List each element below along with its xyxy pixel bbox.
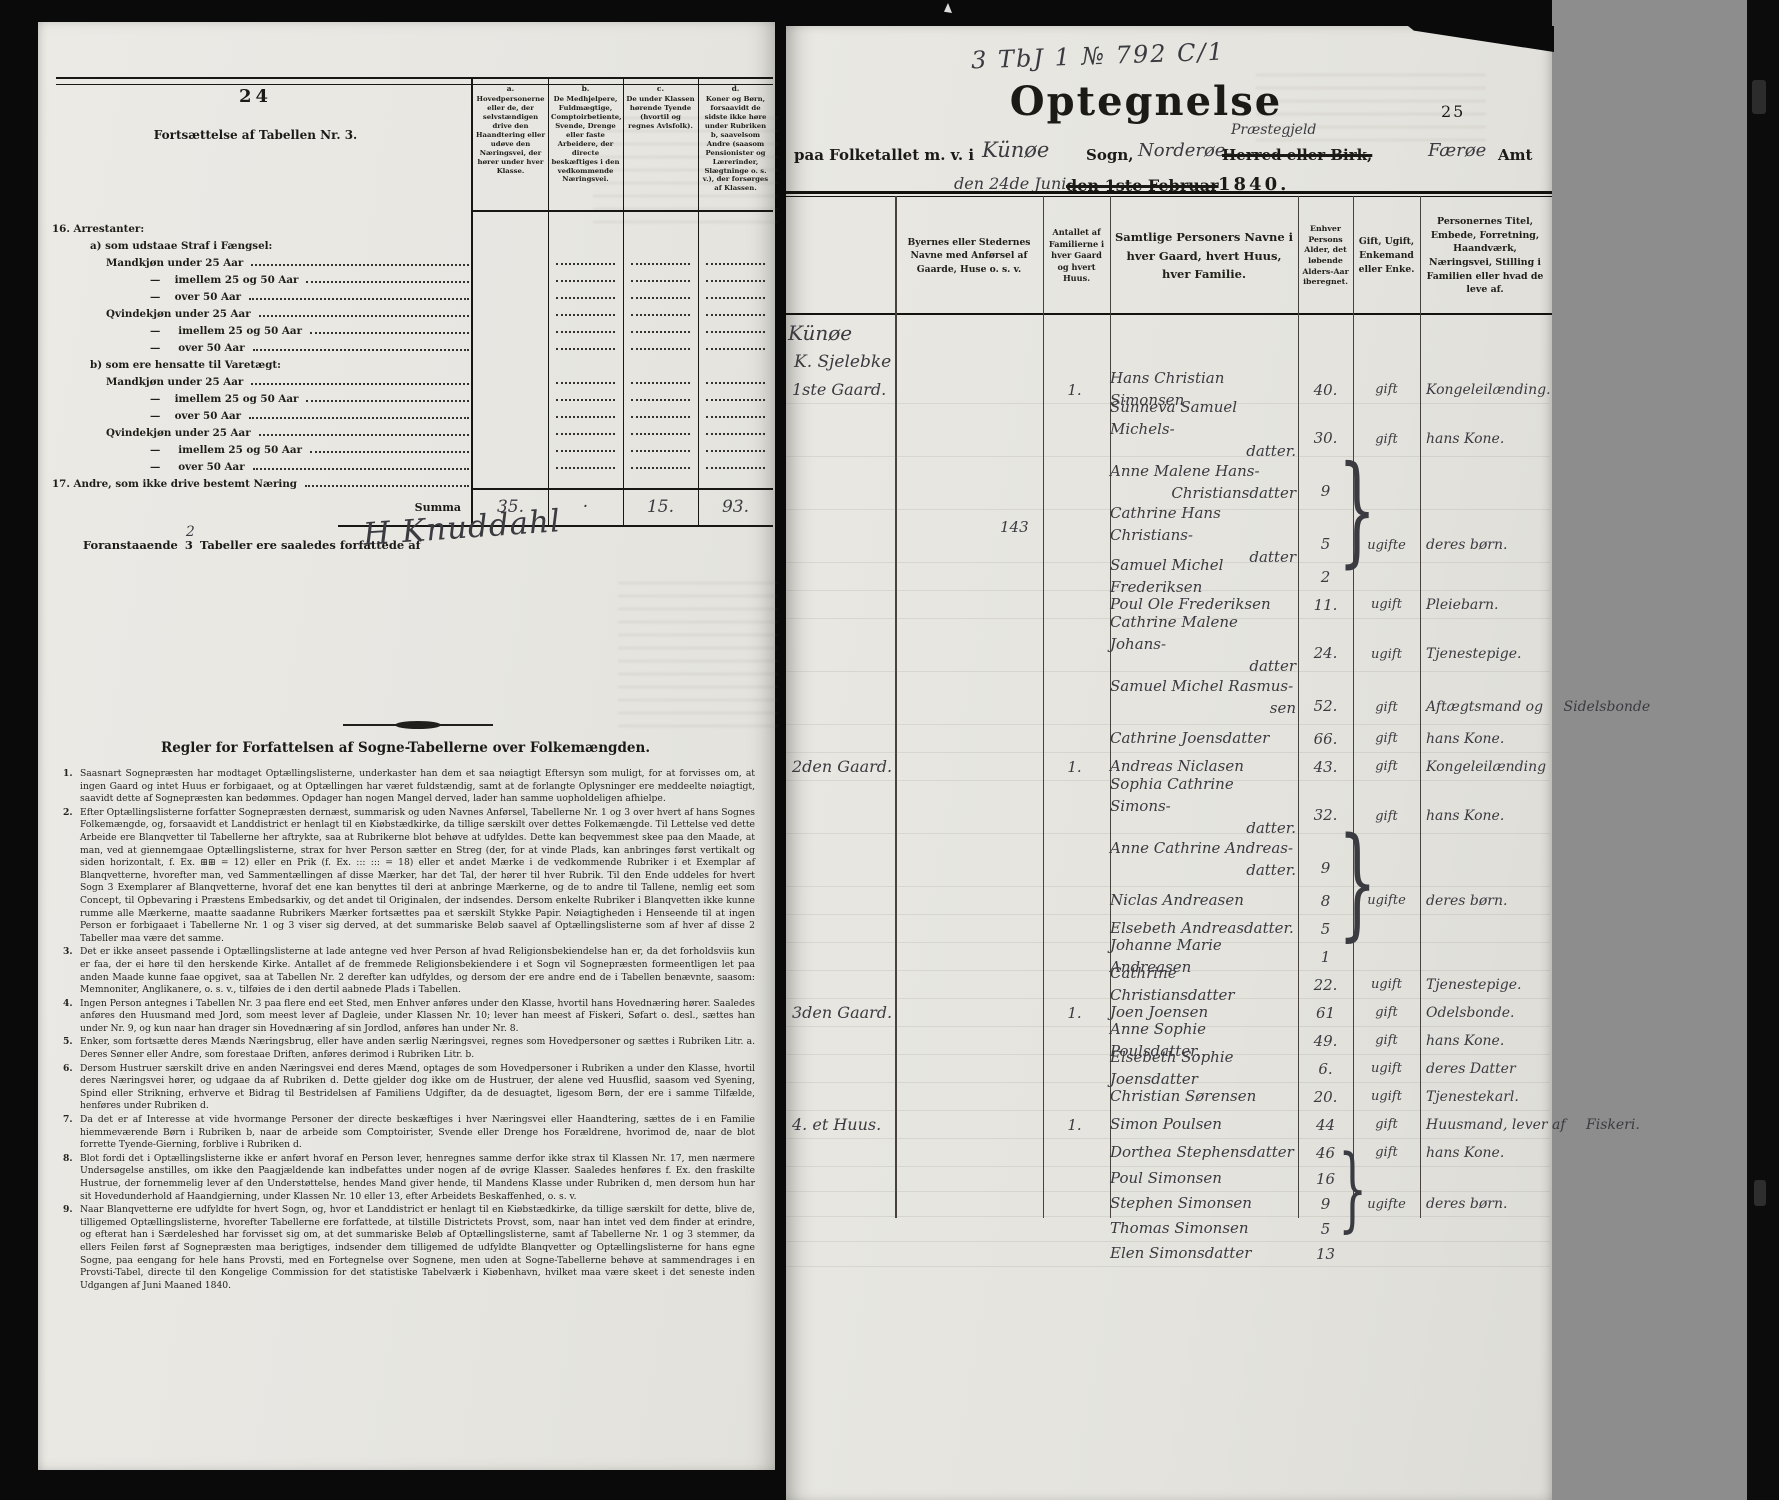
table-row: Sophia Cathrine Simons- datter. 32. gift…: [786, 781, 1550, 834]
age-cell: 11.: [1298, 596, 1353, 614]
place-cell: 2den Gaard.: [786, 757, 1039, 776]
name-cell: Thomas Simonsen: [1110, 1217, 1298, 1241]
families-cell: 1.: [1039, 1004, 1110, 1022]
occupation-text: deres børn.: [1426, 1196, 1507, 1212]
table-border: [471, 210, 773, 212]
age-cell: 61: [1298, 1004, 1353, 1022]
row-label: Mandkjøn under 25 Aar: [38, 257, 243, 269]
summa-value-c: 15.: [623, 497, 698, 517]
left-page: 24 Fortsættelse af Tabellen Nr. 3. a. Ho…: [38, 22, 775, 1470]
scan-artifact: [1752, 80, 1766, 114]
occupation-text: Kongeleilænding.: [1426, 382, 1551, 398]
marital-status-cell: gift: [1353, 700, 1420, 724]
occupation-cell: Tjenestepige.: [1420, 977, 1550, 993]
table-row: Qvindekjøn under 25 Aar: [38, 422, 773, 439]
row-label: 16. Arrestanter:: [38, 223, 144, 235]
age-cell: 40.: [1298, 381, 1353, 399]
grouping-brace: }: [1338, 444, 1376, 578]
praestegjeld-handwritten: Præstegjeld: [1231, 122, 1316, 138]
table-border: [786, 313, 1552, 315]
column-header-c: c. De under Klassen hørende Tyende (hvor…: [623, 79, 698, 210]
rule-paragraph: 4. Ingen Person antegnes i Tabellen Nr. …: [63, 998, 755, 1036]
dotted-leader: [310, 451, 469, 453]
occupation-cell: [1420, 921, 1550, 937]
page-number: 24: [38, 86, 473, 107]
occupation-text: Tjenestepige.: [1426, 977, 1522, 993]
right-page: 3 TbJ 1 № 792 C/1 Optegnelse 25 paa Folk…: [786, 26, 1552, 1500]
table-row: Christian Sørensen 20. ugift Tjenestekar…: [786, 1083, 1550, 1111]
age-cell: 43.: [1298, 758, 1353, 776]
occupation-text: deres børn.: [1426, 537, 1507, 553]
table-row: Künøe: [786, 318, 1550, 348]
rules-paragraphs: 1. Saasnart Sognepræsten har modtaget Op…: [63, 768, 755, 1293]
dotted-leader: [259, 315, 469, 317]
paragraph-text: Blot fordi det i Optællingslisterne ikke…: [80, 1153, 755, 1202]
table-title: Fortsættelse af Tabellen Nr. 3.: [38, 128, 473, 142]
column-header-text: Hovedpersonerne eller de, der selvstændi…: [476, 95, 545, 175]
grouping-brace: }: [1338, 814, 1377, 950]
column-header-age: Enhver Persons Alder, det løbende Alders…: [1298, 200, 1353, 312]
paragraph-number: 7.: [63, 1114, 73, 1127]
occupation-text: Tjenestekarl.: [1426, 1089, 1519, 1105]
paragraph-text: Enker, som fortsætte deres Mænds Nærings…: [80, 1036, 755, 1060]
name-cell: Anne Malene Hans- Christiansdatter: [1110, 457, 1298, 509]
table-row: 17. Andre, som ikke drive bestemt Næring: [38, 473, 773, 490]
table-row: Dorthea Stephensdatter 46 gift hans Kone…: [786, 1139, 1550, 1167]
subtitle-struck: Herred eller Birk,: [1222, 146, 1372, 164]
age-cell: 20.: [1298, 1088, 1353, 1106]
dotted-leader: [259, 434, 469, 436]
occupation-cell: hans Kone.: [1420, 431, 1550, 456]
dotted-leader: [253, 468, 469, 470]
dotted-leader: [251, 383, 469, 385]
table-row: — over 50 Aar: [38, 405, 773, 422]
paragraph-number: 6.: [63, 1063, 73, 1076]
families-cell: 1.: [1039, 381, 1110, 399]
dotted-leader: [306, 400, 469, 402]
paragraph-text: Det er ikke anseet passende i Optællings…: [80, 946, 755, 995]
scan-artifact: [1754, 1180, 1766, 1206]
name-line1: Christian Sørensen: [1110, 1086, 1298, 1108]
name-line1: Sophia Cathrine Simons-: [1110, 774, 1298, 818]
table-row: Cathrine Joensdatter 66. gift hans Kone.: [786, 725, 1550, 753]
paragraph-number: 5.: [63, 1036, 73, 1049]
row-label: Qvindekjøn under 25 Aar: [38, 427, 251, 439]
column-header-families: Antallet af Familierne i hver Gaard og h…: [1043, 200, 1110, 312]
paragraph-text: Ingen Person antegnes i Tabellen Nr. 3 p…: [80, 998, 755, 1034]
scanner-background: [1552, 0, 1779, 1500]
name-line1: Niclas Andreasen: [1110, 890, 1298, 912]
occupation-cell: hans Kone.: [1420, 1033, 1550, 1049]
row-label: — imellem 25 og 50 Aar: [38, 325, 302, 337]
marital-status-cell: ugift: [1353, 1061, 1420, 1076]
table-row: — imellem 25 og 50 Aar: [38, 388, 773, 405]
occupation-cell: [1420, 1221, 1550, 1237]
age-cell: 66.: [1298, 730, 1353, 748]
dotted-leader: [305, 485, 469, 487]
column-header-text: De under Klassen hørende Tyende (hvortil…: [626, 95, 694, 130]
table-row: Sünneva Samuel Michels- datter. 30. gift…: [786, 404, 1550, 457]
archive-annotation: 3 TbJ 1 № 792 C/1: [971, 38, 1226, 75]
name-line1: Thomas Simonsen: [1110, 1218, 1298, 1240]
occupation-text-overflow: Fiskeri.: [1586, 1117, 1640, 1133]
paragraph-number: 9.: [63, 1204, 73, 1217]
occupation-text: deres børn.: [1426, 893, 1507, 909]
census-table-header: Byernes eller Stedernes Navne med Anførs…: [895, 200, 1550, 312]
rules-heading: Regler for Forfattelsen af Sogne-Tabelle…: [38, 740, 773, 756]
paragraph-text: Naar Blanqvetterne ere udfyldte for hver…: [80, 1204, 755, 1291]
row-label: — over 50 Aar: [38, 342, 245, 354]
table-row: b) som ere hensatte til Varetægt:: [38, 354, 773, 371]
table-row: Anne Cathrine Andreas- datter. 9: [786, 834, 1550, 887]
name-line1: Cathrine Joensdatter: [1110, 728, 1298, 750]
place-cell: Künøe: [786, 321, 1039, 345]
grouping-brace: }: [1338, 1138, 1367, 1240]
name-line1: Anne Cathrine Andreas-: [1110, 838, 1298, 860]
place-cell: K. Sjelebke: [786, 352, 1039, 372]
summa-value-d: 93.: [698, 497, 773, 517]
table-row: Stephen Simonsen 9 ugifte deres børn.: [786, 1192, 1550, 1217]
table-row: Mandkjøn under 25 Aar: [38, 371, 773, 388]
subtitle-amt: Amt: [1498, 146, 1532, 164]
subtitle-sogn: Sogn,: [1086, 146, 1133, 164]
marital-status-cell: ugift: [1353, 977, 1420, 992]
occupation-cell: deres børn.: [1420, 893, 1550, 909]
handwritten-correction: 2: [186, 524, 195, 540]
occupation-text: Tjenestepige.: [1426, 646, 1522, 662]
table-row: Poul Simonsen 16: [786, 1167, 1550, 1192]
occupation-text: hans Kone.: [1426, 1033, 1504, 1049]
row-label: Mandkjøn under 25 Aar: [38, 376, 243, 388]
occupation-cell: deres Datter: [1420, 1061, 1550, 1077]
column-header-b: b. De Medhjelpere, Fuldmægtige, Comptoir…: [548, 79, 623, 210]
rule-paragraph: 9. Naar Blanqvetterne ere udfyldte for h…: [63, 1204, 755, 1292]
occupation-cell: Pleiebarn.: [1420, 597, 1550, 613]
occupation-text: hans Kone.: [1426, 431, 1504, 447]
occupation-cell: Aftægtsmand og Sidelsbonde: [1420, 699, 1650, 724]
age-cell: 22.: [1298, 976, 1353, 994]
age-cell: 24.: [1298, 644, 1353, 671]
name-cell: Sophia Cathrine Simons- datter.: [1110, 781, 1298, 833]
occupation-cell: [1420, 1246, 1550, 1262]
paragraph-number: 2.: [63, 807, 73, 820]
rule-paragraph: 5. Enker, som fortsætte deres Mænds Næri…: [63, 1036, 755, 1061]
row-label: b) som ere hensatte til Varetægt:: [38, 359, 281, 371]
rule-paragraph: 6. Dersom Hustruer særskilt drive en and…: [63, 1063, 755, 1113]
name-cell: Dorthea Stephensdatter: [1110, 1139, 1298, 1166]
dotted-leader: [306, 281, 469, 283]
rule-paragraph: 3. Det er ikke anseet passende i Optælli…: [63, 946, 755, 996]
occupation-text: Huusmand, lever af: [1426, 1117, 1566, 1133]
marital-status-cell: gift: [1353, 731, 1420, 746]
name-cell: Elsebeth Sophie Joensdatter: [1110, 1055, 1298, 1082]
name-line1: Poul Simonsen: [1110, 1168, 1298, 1190]
marital-status-cell: gift: [1353, 759, 1420, 774]
age-cell: 6.: [1298, 1060, 1353, 1078]
name-cell: Cathrine Malene Johans- datter: [1110, 619, 1298, 671]
age-cell: 52.: [1298, 697, 1353, 724]
table-row: 16. Arrestanter:: [38, 218, 773, 235]
name-cell: Christian Sørensen: [1110, 1083, 1298, 1110]
name-line2: Christiansdatter: [1110, 483, 1298, 505]
left-table-rows: 16. Arrestanter: a) som udstaae Straf i …: [38, 218, 773, 490]
row-label: — imellem 25 og 50 Aar: [38, 274, 298, 286]
page-title: Optegnelse: [786, 78, 1506, 125]
row-label: — imellem 25 og 50 Aar: [38, 393, 298, 405]
dotted-leader: [310, 332, 469, 334]
name-cell: [1110, 318, 1298, 348]
printed-number: 3: [185, 538, 193, 552]
name-line1: Samuel Michel Rasmus-: [1110, 676, 1298, 698]
row-label: — over 50 Aar: [38, 291, 241, 303]
paragraph-number: 8.: [63, 1153, 73, 1166]
place-cell: 3den Gaard.: [786, 1003, 1039, 1022]
paragraph-text: Da det er af Interesse at vide hvormange…: [80, 1114, 755, 1150]
name-line1: Dorthea Stephensdatter: [1110, 1142, 1298, 1164]
table-row: — imellem 25 og 50 Aar: [38, 439, 773, 456]
dotted-leader: [253, 349, 469, 351]
name-cell: Anne Cathrine Andreas- datter.: [1110, 834, 1298, 886]
paragraph-number: 4.: [63, 998, 73, 1011]
name-cell: Samuel Michel Rasmus- sen: [1110, 672, 1298, 724]
row-label: — imellem 25 og 50 Aar: [38, 444, 302, 456]
paragraph-text: Dersom Hustruer særskilt drive en anden …: [80, 1063, 755, 1112]
families-cell: 1.: [1039, 758, 1110, 776]
occupation-cell: Kongeleilænding: [1420, 759, 1562, 775]
place-cell: 1ste Gaard.: [786, 380, 1039, 399]
rule-paragraph: 1. Saasnart Sognepræsten har modtaget Op…: [63, 768, 755, 806]
occupation-text: Kongeleilænding: [1426, 759, 1546, 775]
paragraph-text: Efter Optællingslisterne forfatter Sogne…: [80, 807, 755, 944]
scan-artifact: [944, 3, 952, 13]
name-line2: sen: [1110, 698, 1298, 720]
column-header-names: Samtlige Personers Navne i hver Gaard, h…: [1110, 200, 1298, 312]
occupation-text: hans Kone.: [1426, 808, 1504, 824]
occupation-text: Odelsbonde.: [1426, 1005, 1515, 1021]
table-row: Samuel Michel Rasmus- sen 52. gift Aftæg…: [786, 672, 1550, 725]
name-cell: Simon Poulsen: [1110, 1111, 1298, 1138]
occupation-cell: Tjenestekarl.: [1420, 1089, 1550, 1105]
paragraph-number: 3.: [63, 946, 73, 959]
census-table-rows: Künøe K. Sjelebke: [786, 318, 1550, 1267]
marital-status-cell: gift: [1353, 1005, 1420, 1020]
families-cell: 1.: [1039, 1116, 1110, 1134]
amt-handwritten: Færøe: [1428, 140, 1486, 161]
dotted-leader: [249, 417, 469, 419]
marital-status-cell: gift: [1353, 1117, 1420, 1132]
table-row: — over 50 Aar: [38, 337, 773, 354]
table-row: 4. et Huus. 1. Simon Poulsen 44 gift Huu…: [786, 1111, 1550, 1139]
occupation-text: deres Datter: [1426, 1061, 1516, 1077]
table-row: a) som udstaae Straf i Fængsel:: [38, 235, 773, 252]
table-row: — over 50 Aar: [38, 456, 773, 473]
paragraph-number: 1.: [63, 768, 73, 781]
rule-paragraph: 2. Efter Optællingslisterne forfatter So…: [63, 807, 755, 946]
occupation-cell: [1420, 354, 1550, 370]
marital-status-cell: gift: [1353, 1033, 1420, 1048]
occupation-cell: [1420, 569, 1550, 585]
rule-paragraph: 8. Blot fordi det i Optællingslisterne i…: [63, 1153, 755, 1203]
place-name-handwritten: Künøe: [982, 138, 1049, 162]
column-header-marital: Gift, Ugift, Enkemand eller Enke.: [1353, 200, 1420, 312]
occupation-cell: [1420, 325, 1550, 341]
table-row: Elen Simonsdatter 13: [786, 1242, 1550, 1267]
column-letter: b.: [551, 84, 620, 94]
table-row: Cathrine Malene Johans- datter 24. ugift…: [786, 619, 1550, 672]
name-line1: Stephen Simonsen: [1110, 1193, 1298, 1215]
name-cell: Cathrine Joensdatter: [1110, 725, 1298, 752]
name-cell: Samuel Michel Frederiksen: [1110, 563, 1298, 590]
occupation-cell: hans Kone.: [1420, 808, 1550, 833]
name-cell: Niclas Andreasen: [1110, 887, 1298, 914]
row-label: 17. Andre, som ikke drive bestemt Næring: [38, 478, 297, 490]
occupation-cell: [1420, 484, 1550, 509]
column-header-a: a. Hovedpersonerne eller de, der selvstæ…: [473, 79, 548, 210]
marital-status-cell: ugift: [1353, 647, 1420, 671]
occupation-cell: [1420, 949, 1550, 965]
table-row: — imellem 25 og 50 Aar: [38, 269, 773, 286]
left-table-header: a. Hovedpersonerne eller de, der selvstæ…: [473, 79, 773, 210]
column-header-text: Koner og Børn, forsaavidt de sidste ikke…: [703, 95, 768, 193]
bleed-through: [618, 582, 778, 732]
summa-label: Summa: [38, 501, 473, 514]
dotted-leader: [251, 264, 469, 266]
dotted-leader: [249, 298, 469, 300]
occupation-cell: hans Kone.: [1420, 1145, 1550, 1161]
column-header-places: Byernes eller Stedernes Navne med Anførs…: [895, 200, 1043, 312]
table-row: Anne Malene Hans- Christiansdatter 9: [786, 457, 1550, 510]
row-label: a) som udstaae Straf i Fængsel:: [38, 240, 272, 252]
age-cell: 13: [1298, 1245, 1353, 1263]
occupation-text: Aftægtsmand og: [1426, 699, 1543, 715]
row-label: — over 50 Aar: [38, 410, 241, 422]
table-row: Mandkjøn under 25 Aar: [38, 252, 773, 269]
name-cell: Stephen Simonsen: [1110, 1192, 1298, 1216]
paragraph-text: Saasnart Sognepræsten har modtaget Optæl…: [80, 768, 755, 804]
column-letter: a.: [476, 84, 545, 94]
name-line1: Simon Poulsen: [1110, 1114, 1298, 1136]
name-line2: datter.: [1110, 860, 1298, 882]
scan-edge: [1747, 0, 1779, 1500]
marital-status-cell: ugift: [1353, 1089, 1420, 1104]
table-row: — imellem 25 og 50 Aar: [38, 320, 773, 337]
marital-status-cell: ugift: [1353, 597, 1420, 612]
name-line1: Sünneva Samuel Michels-: [1110, 397, 1298, 441]
occupation-cell: Odelsbonde.: [1420, 1005, 1550, 1021]
page-number: 25: [1441, 102, 1465, 121]
name-cell: Elen Simonsdatter: [1110, 1242, 1298, 1266]
occupation-cell: [1420, 1171, 1550, 1187]
corrected-number: 2 3: [185, 538, 193, 552]
table-row: Elsebeth Sophie Joensdatter 6. ugift der…: [786, 1055, 1550, 1083]
table-row: — over 50 Aar: [38, 286, 773, 303]
table-row: Thomas Simonsen 5: [786, 1217, 1550, 1242]
divider-ornament: [343, 724, 493, 726]
name-line1: Cathrine Hans Christians-: [1110, 503, 1298, 547]
name-line1: Cathrine Malene Johans-: [1110, 612, 1298, 656]
table-row: Samuel Michel Frederiksen 2: [786, 563, 1550, 591]
occupation-cell: deres børn.: [1420, 1196, 1550, 1212]
name-line1: Anne Malene Hans-: [1110, 461, 1298, 483]
occupation-text: Pleiebarn.: [1426, 597, 1498, 613]
occupation-cell: Tjenestepige.: [1420, 646, 1550, 671]
occupation-cell: hans Kone.: [1420, 731, 1550, 747]
column-header-d: d. Koner og Børn, forsaavidt de sidste i…: [698, 79, 773, 210]
table-row: Niclas Andreasen 8 ugifte deres børn.: [786, 887, 1550, 915]
name-cell: Poul Simonsen: [1110, 1167, 1298, 1191]
table-row: Cathrine Christiansdatter 22. ugift Tjen…: [786, 971, 1550, 999]
occupation-cell: Kongeleilænding.: [1420, 382, 1567, 398]
age-cell: 44: [1298, 1116, 1353, 1134]
age-cell: 49.: [1298, 1032, 1353, 1050]
row-label: — over 50 Aar: [38, 461, 245, 473]
name-cell: Cathrine Christiansdatter: [1110, 971, 1298, 998]
column-header-occupation: Personernes Titel, Embede, Forretning, H…: [1420, 200, 1550, 312]
marital-status-cell: gift: [1353, 382, 1420, 397]
occupation-text: hans Kone.: [1426, 731, 1504, 747]
margin-note: 143: [1000, 518, 1029, 536]
subtitle-pre: paa Folketallet m. v. i: [794, 146, 974, 164]
table-row: Qvindekjøn under 25 Aar: [38, 303, 773, 320]
rule-paragraph: 7. Da det er af Interesse at vide hvorma…: [63, 1114, 755, 1152]
occupation-text-overflow: Sidelsbonde: [1564, 699, 1651, 715]
row-label: Qvindekjøn under 25 Aar: [38, 308, 251, 320]
column-letter: d.: [701, 84, 770, 94]
district-handwritten: Norderøe: [1138, 140, 1225, 161]
occupation-cell: Huusmand, lever af Fiskeri.: [1420, 1117, 1640, 1133]
name-cell: Sünneva Samuel Michels- datter.: [1110, 404, 1298, 456]
column-letter: c.: [626, 84, 695, 94]
occupation-text: hans Kone.: [1426, 1145, 1504, 1161]
attestation-pre: Foranstaaende: [83, 538, 178, 552]
occupation-cell: [1420, 861, 1550, 886]
occupation-cell: deres børn.: [1420, 537, 1550, 562]
column-header-text: De Medhjelpere, Fuldmægtige, Comptoirbet…: [551, 95, 622, 184]
name-line1: Elen Simonsdatter: [1110, 1243, 1298, 1265]
table-border: [786, 191, 1552, 197]
place-cell: 4. et Huus.: [786, 1115, 1039, 1134]
